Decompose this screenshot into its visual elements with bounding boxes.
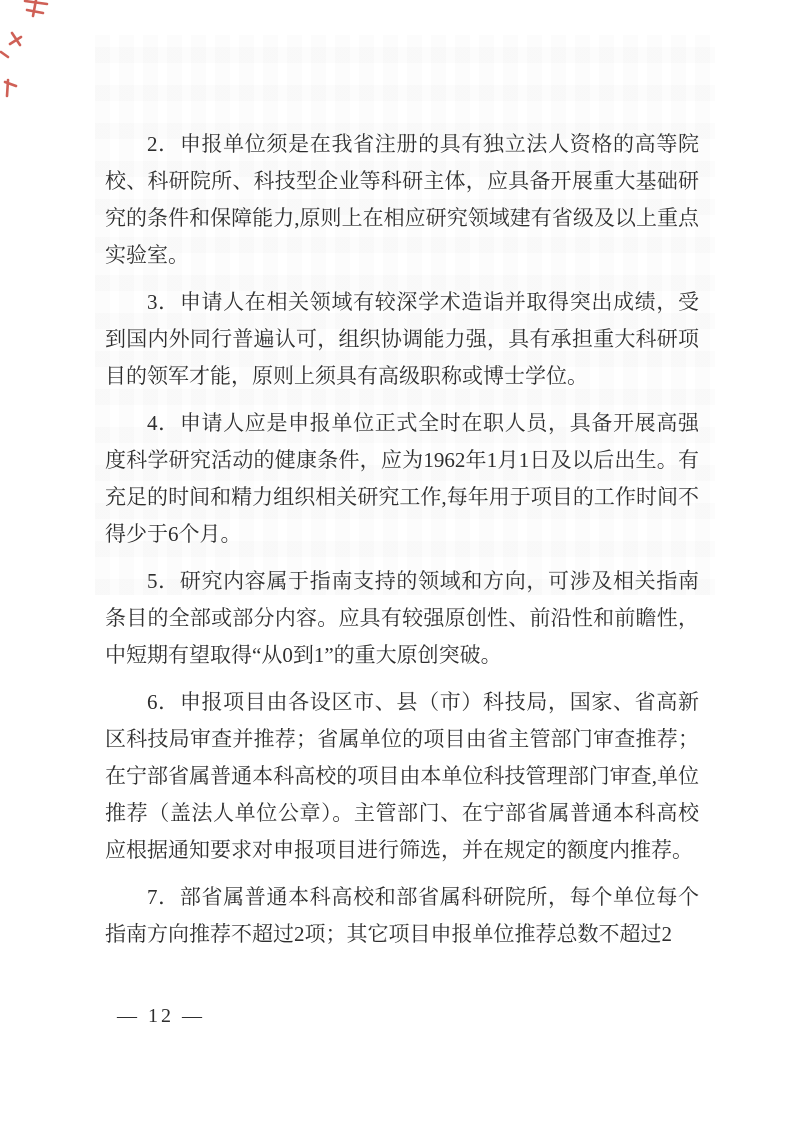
paragraph-7: 7．部省属普通本科高校和部省属科研院所，每个单位每个指南方向推荐不超过2项；其它… [105, 879, 699, 953]
document-body: 2．申报单位须是在我省注册的具有独立法人资格的高等院校、科研院所、科技型企业等科… [105, 126, 699, 963]
red-ink-annotation-marks [0, 0, 60, 110]
paragraph-6: 6．申报项目由各设区市、县（市）科技局，国家、省高新区科技局审查并推荐；省属单位… [105, 684, 699, 869]
red-ink-fragment-left-edge [1, 52, 8, 57]
paragraph-3: 3．申请人在相关领域有较深学术造诣并取得突出成绩，受到国内外同行普遍认可，组织协… [105, 284, 699, 395]
paragraph-5: 5．研究内容属于指南支持的领域和方向，可涉及相关指南条目的全部或部分内容。应具有… [105, 563, 699, 674]
red-ink-fragment-top-edge [25, 0, 47, 16]
red-ink-fragment-left-margin-upper [10, 33, 21, 45]
paragraph-2: 2．申报单位须是在我省注册的具有独立法人资格的高等院校、科研院所、科技型企业等科… [105, 126, 699, 274]
page-number: — 12 — [117, 1002, 205, 1030]
red-ink-fragment-left-margin-lower [5, 80, 16, 96]
paragraph-4: 4．申请人应是申报单位正式全时在职人员，具备开展高强度科学研究活动的健康条件，应… [105, 405, 699, 553]
